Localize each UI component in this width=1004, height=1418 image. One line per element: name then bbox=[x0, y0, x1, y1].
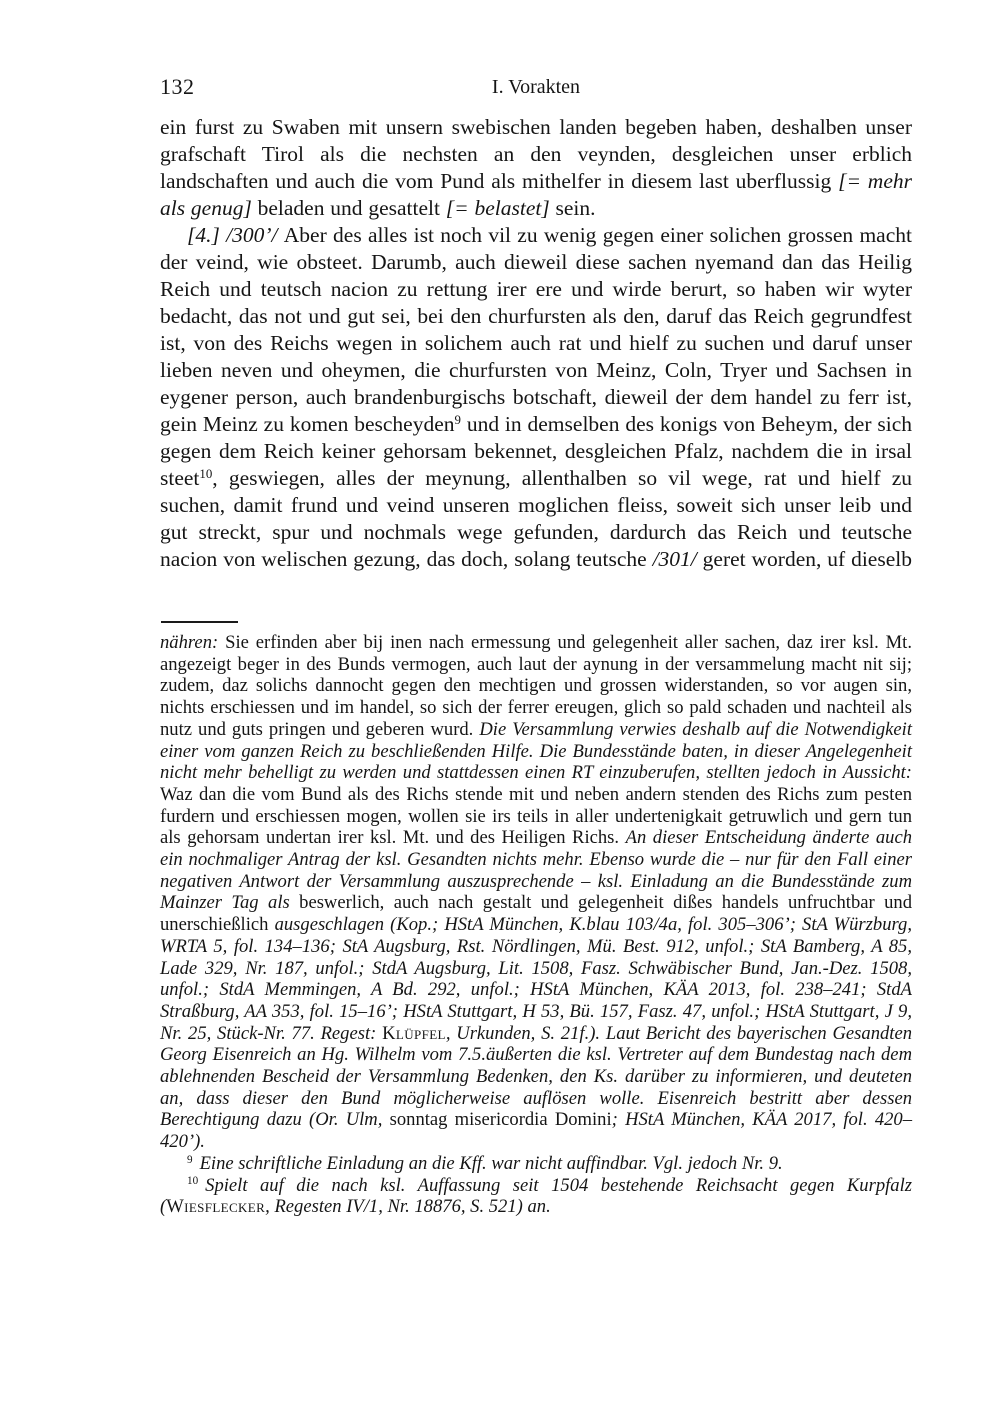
running-title: I. Vorakten bbox=[160, 76, 912, 99]
text-run: ein furst zu Swaben mit unsern swebische… bbox=[160, 115, 912, 193]
text-run: [4.] /300’/ bbox=[187, 223, 284, 247]
page-header: 132 I. Vorakten bbox=[160, 74, 912, 104]
footnote-separator bbox=[161, 621, 238, 623]
book-page: 132 I. Vorakten ein furst zu Swaben mit … bbox=[0, 0, 1004, 1418]
footnote-continuation: nähren: Sie erfinden aber bij inen nach … bbox=[160, 632, 912, 1153]
footnote-9: 9Eine schriftliche Einladung an die Kff.… bbox=[160, 1153, 912, 1175]
text-run: Klüpfel bbox=[382, 1023, 446, 1044]
text-run: sonntag misericordia Domini bbox=[390, 1109, 612, 1130]
footnote-text-9: Eine schriftliche Einladung an die Kff. … bbox=[200, 1153, 783, 1174]
text-run: , Regesten IV/1, Nr. 18876, S. 521) an. bbox=[265, 1196, 551, 1217]
text-run: sein. bbox=[550, 196, 596, 220]
text-run: Eine schriftliche Einladung an die Kff. … bbox=[200, 1153, 783, 1174]
text-run: [= belastet] bbox=[446, 196, 550, 220]
text-run: Wiesflecker bbox=[166, 1196, 265, 1217]
text-run: nähren: bbox=[160, 632, 218, 653]
paragraph-section-4: [4.] /300’/ Aber des alles ist noch vil … bbox=[160, 222, 912, 573]
text-run: geret worden, uf dieselb bbox=[697, 547, 912, 571]
footnote-marker-10: 10 bbox=[187, 1175, 198, 1187]
footnote-text-10: Spielt auf die nach ksl. Auffassung seit… bbox=[160, 1175, 912, 1218]
footnote-10: 10Spielt auf die nach ksl. Auffassung se… bbox=[160, 1175, 912, 1218]
text-run: beladen und gesattelt bbox=[252, 196, 446, 220]
footnotes-section: nähren: Sie erfinden aber bij inen nach … bbox=[160, 632, 912, 1218]
footnote-marker-9: 9 bbox=[187, 1154, 193, 1166]
text-run: Aber des alles ist noch vil zu wenig geg… bbox=[160, 223, 912, 436]
text-run: /301/ bbox=[653, 547, 697, 571]
footnote-reference: 10 bbox=[199, 467, 212, 481]
footnote-reference: 9 bbox=[455, 413, 461, 427]
body-text: ein furst zu Swaben mit unsern swebische… bbox=[160, 114, 912, 573]
paragraph-continuation: ein furst zu Swaben mit unsern swebische… bbox=[160, 114, 912, 222]
